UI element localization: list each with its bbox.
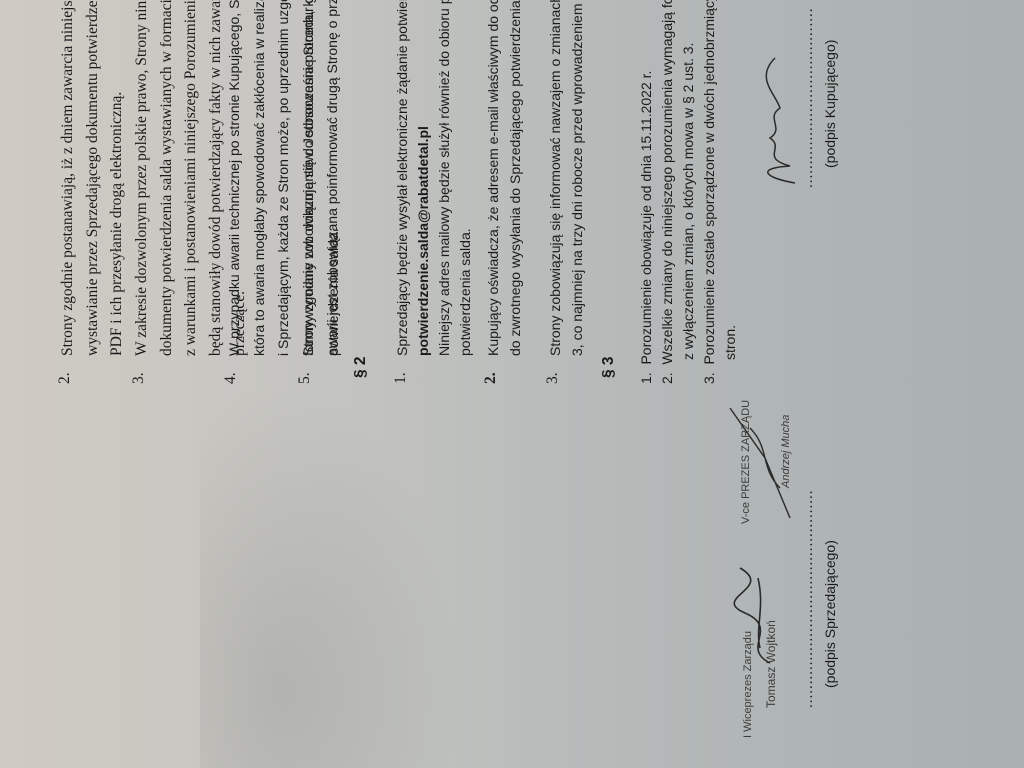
item-number: 4. — [222, 372, 240, 384]
line: potwierdzenia salda. — [321, 0, 346, 356]
list-item: 1. Porozumienie obowiązuje od dnia 15.11… — [636, 0, 657, 384]
section-heading-3: § 3 — [600, 356, 618, 378]
list-item: z wyłączeniem zmian, o których mowa w § … — [678, 0, 699, 384]
list-item: stron. — [720, 0, 741, 384]
line: wystawianie przez Sprzedającego dokument… — [81, 0, 106, 356]
line: która to awaria mogłaby spowodować zakłó… — [247, 0, 272, 356]
line: Strony zobowiązują się informować nawzaj… — [544, 0, 566, 356]
line: W zakresie dozwolonym przez polskie praw… — [130, 0, 155, 356]
list-item: 2. Wszelkie zmiany do niniejszego porozu… — [657, 0, 678, 384]
list-item: 3. Porozumienie zostało sporządzone w dw… — [699, 0, 720, 384]
line: do zwrotnego wysyłania do Sprzedającego … — [504, 0, 526, 356]
document-content: 2. Strony zgodnie postanawiają, iż z dni… — [0, 0, 1024, 768]
line: Niniejszy adres mailowy będzie służył ró… — [434, 0, 455, 356]
item-number: 3. — [130, 372, 148, 384]
item-number: 2. — [56, 372, 74, 384]
seller-signature-line: ........................................… — [800, 490, 817, 709]
line: z warunkami i postanowieniami niniejszeg… — [179, 0, 204, 356]
line: W przypadku awarii technicznej po stroni… — [222, 0, 247, 356]
line: Sprzedający będzie wysyłał elektroniczne… — [392, 0, 413, 356]
paragraph-s1-5: Strony zgodnie zobowiązują się do stosow… — [296, 0, 345, 356]
buyer-signature-line: ...................................... — [800, 8, 817, 189]
line: i Sprzedającym, każda ze Stron może, po … — [271, 0, 296, 356]
seller-signature-label: (podpis Sprzedającego) — [822, 540, 838, 688]
section-heading-2: § 2 — [352, 356, 370, 378]
line: Strony zgodnie postanawiają, iż z dniem … — [56, 0, 81, 356]
line: PDF i ich przesyłanie drogą elektroniczn… — [105, 0, 130, 356]
line: potwierdzenia salda. — [455, 0, 476, 356]
email-address: potwierdzenie.salda@rabatdetal.pl — [413, 0, 434, 356]
line: dokumenty potwierdzenia salda wystawiany… — [155, 0, 180, 356]
paragraph-s2-2: Kupujący oświadcza, że adresem e-mail wł… — [482, 0, 526, 356]
item-number: 2. — [482, 372, 500, 384]
line: 3, co najmniej na trzy dni robocze przed… — [566, 0, 588, 356]
line: Strony zgodnie zobowiązują się do stosow… — [296, 0, 321, 356]
item-number: 1. — [392, 372, 410, 384]
seller-signature-1 — [730, 548, 790, 668]
paragraph-s2-1: Sprzedający będzie wysyłał elektroniczne… — [392, 0, 476, 356]
paragraph-s2-3: Strony zobowiązują się informować nawzaj… — [544, 0, 588, 356]
buyer-signature-label: (podpis Kupującego) — [822, 40, 838, 168]
paragraph-s3: 1. Porozumienie obowiązuje od dnia 15.11… — [636, 0, 741, 384]
seller-signature-2 — [720, 388, 800, 528]
item-number: 3. — [544, 372, 562, 384]
buyer-signature — [745, 48, 805, 188]
item-number: 5. — [296, 372, 314, 384]
document-page: 2. Strony zgodnie postanawiają, iż z dni… — [0, 0, 1024, 768]
line: Kupujący oświadcza, że adresem e-mail wł… — [482, 0, 504, 356]
paragraph-s1-2: Strony zgodnie postanawiają, iż z dniem … — [56, 0, 130, 356]
